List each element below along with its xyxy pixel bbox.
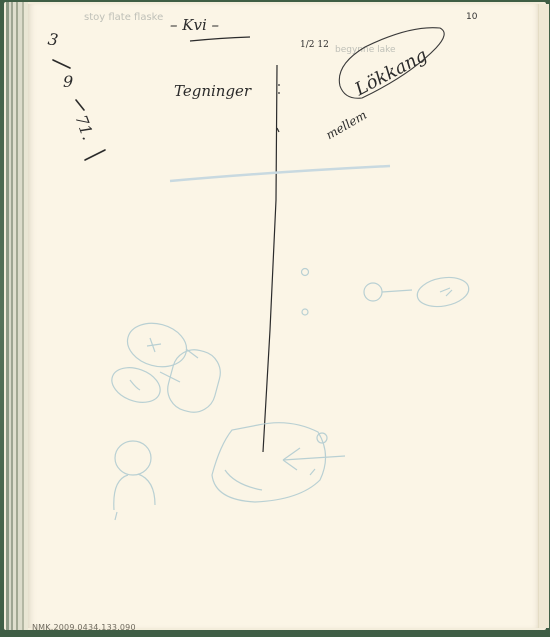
faint-pencil-note: stoy flate flaske [84,12,163,23]
page-title: – Kvi – [170,16,219,34]
faint-pencil-note: begynne lake [335,45,396,55]
notebook-page [28,4,538,628]
right-page-edge [538,4,549,628]
accession-stamp: NMK.2009.0434.133.090 [32,623,136,632]
page-number: 10 [466,12,477,22]
fraction-note: 1/2 12 [300,40,329,50]
drawings-label: Tegninger [174,82,251,100]
date-month: 9 [63,72,73,91]
